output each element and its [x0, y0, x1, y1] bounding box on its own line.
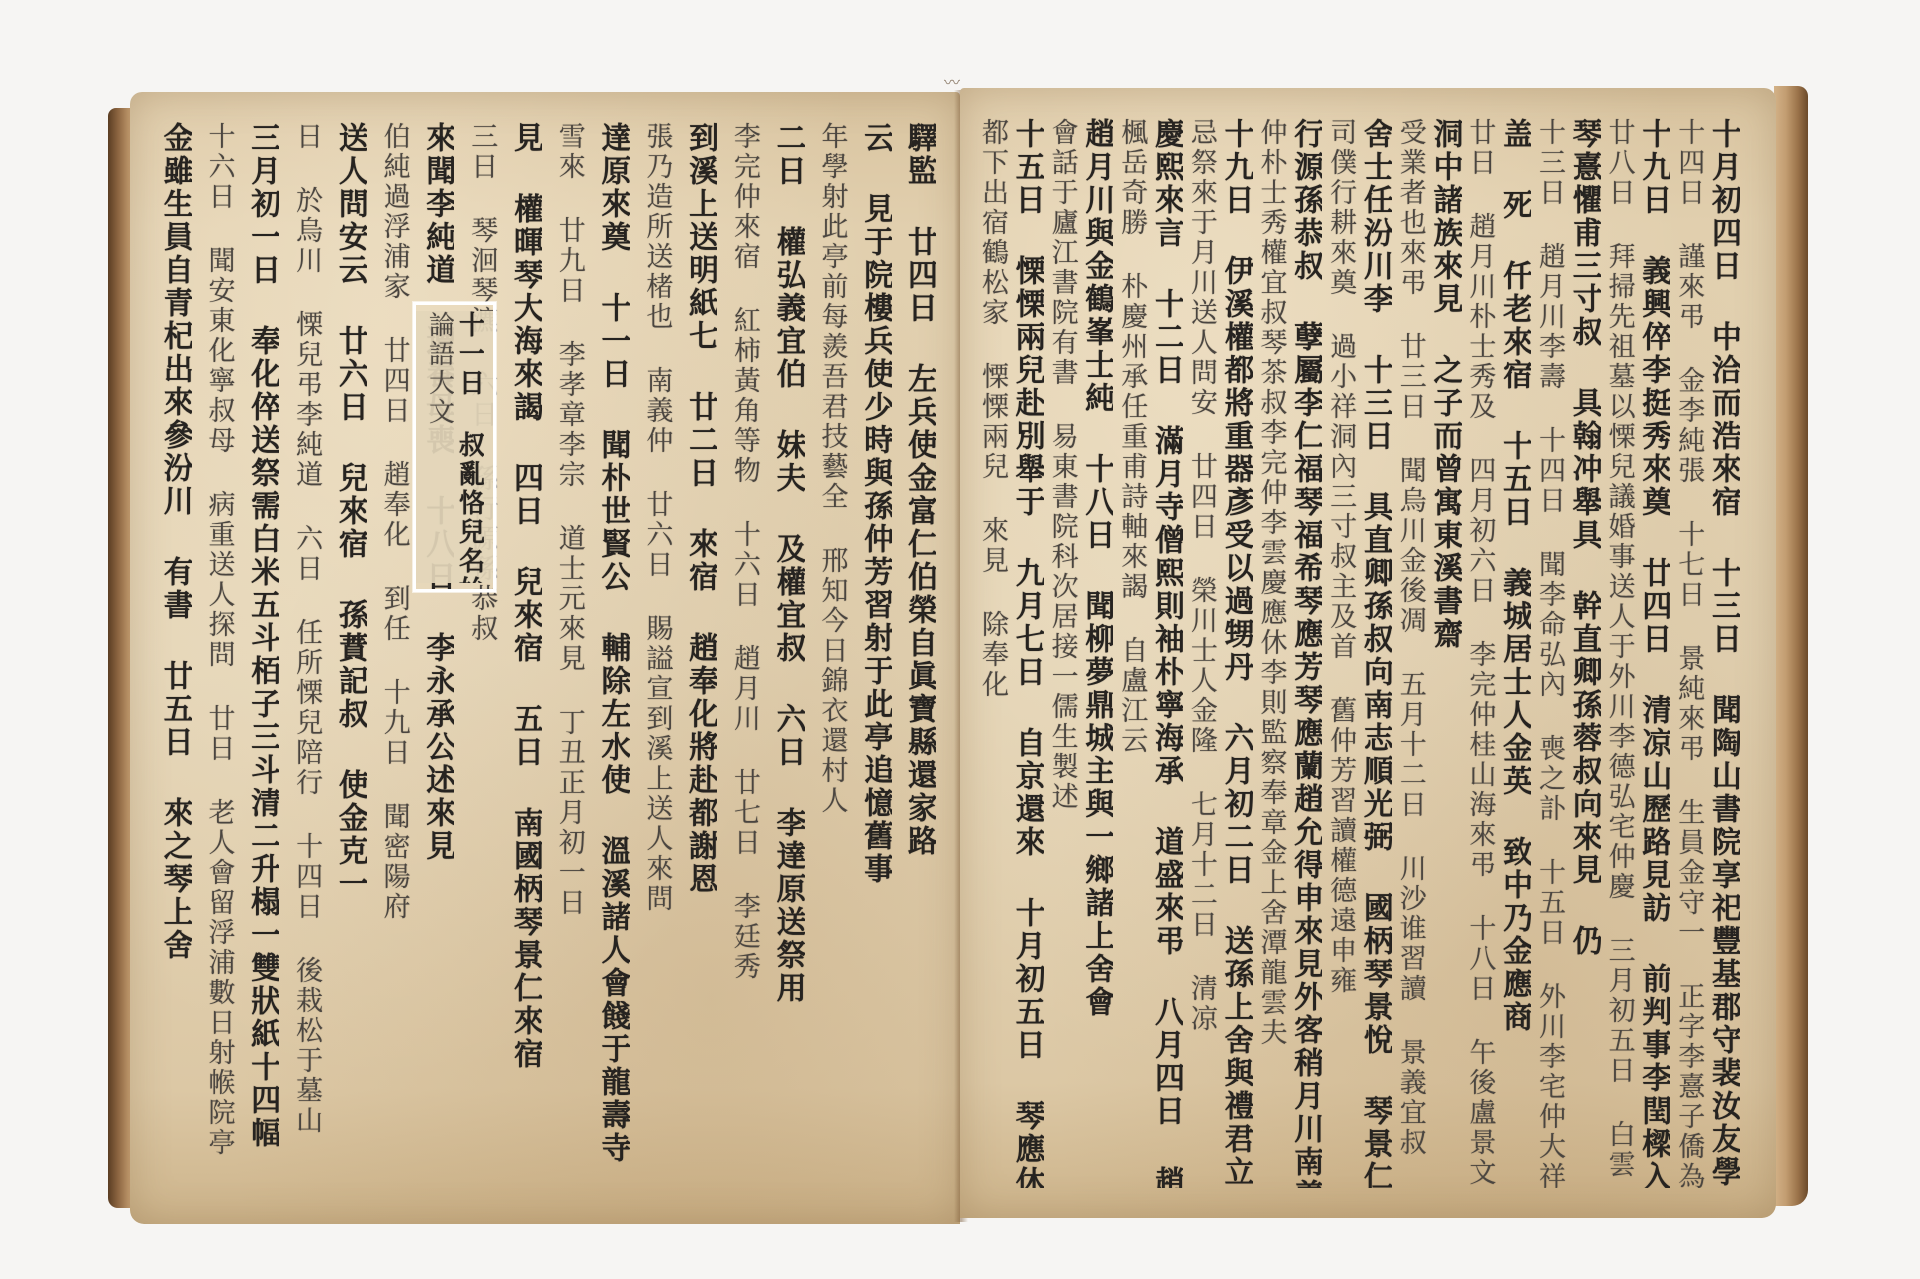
text-column: 十九日 義興倅李挺秀來奠 廿四日 清凉山歷路見訪 前判事李閏樑入	[1638, 118, 1671, 1188]
text-column: 十月初四日 中洽而浩來宿 十三日 聞陶山書院享祀豐基郡守裴汝友學諭金後一李純	[1707, 118, 1740, 1188]
text-column: 伯純過浮浦家 廿四日 趙奉化 到任 十九日 聞密陽府	[369, 122, 411, 1194]
left-page-columns: 驛監 廿四日 左兵使金富仁伯榮自眞寶縣還家路 云 見于院樓兵使少時與孫仲芳習射于…	[150, 122, 936, 1194]
right-page-columns: 十月初四日 中洽而浩來宿 十三日 聞陶山書院享祀豐基郡守裴汝友學諭金後一李純 十…	[976, 118, 1740, 1188]
text-column: 到溪上送明紙七 廿二日 來宿 趙奉化將赴都謝恩	[675, 122, 717, 1194]
text-column: 三日 琴洄琴瀌 六日 孫行源孫恭叔	[456, 122, 498, 1194]
text-column: 張乃造所送楮也 南義仲 廿六日 賜謚宣到溪上送人來問	[632, 122, 674, 1194]
text-column: 盖 死 仟老來宿 十五日 義城居士人金英 致中乃金應商	[1498, 118, 1531, 1188]
text-column: 趙月川與金鶴峯士純 十八日 聞柳夢鼎城主與一鄉諸上舍會	[1081, 118, 1114, 1188]
text-column: 十四日 謹來弔 金李純張 十七日 景純來弔 生員金守一 正字李憙子僑為獻官趙月川…	[1672, 118, 1705, 1188]
book-edge-right	[1774, 86, 1808, 1206]
text-column: 雪來 廿九日 李孝章李宗 道士元來見 丁丑正月初一日	[544, 122, 586, 1194]
text-column: 十五日 慄慄兩兒赴別舉于 九月七日 自京還來 十月初五日 琴應休 十九日 趙月川	[1011, 118, 1044, 1188]
text-column: 達原來奠 十一日 聞朴世賢公 輔除左水使 溫溪諸人會餞于龍壽寺	[588, 122, 630, 1194]
text-column: 驛監 廿四日 左兵使金富仁伯榮自眞寶縣還家路	[894, 122, 936, 1194]
left-page: 驛監 廿四日 左兵使金富仁伯榮自眞寶縣還家路 云 見于院樓兵使少時與孫仲芳習射于…	[130, 92, 960, 1224]
text-column: 廿日 趙月川朴士秀及 四月初六日 李完仲桂山海來弔 十八日 午後盧景文 宋金應稱…	[1464, 118, 1497, 1188]
text-column: 仲朴士秀權宜叔琴茶叔李完仲李雲慶應休李則監察奉章金上舍潭龍雲夫	[1255, 118, 1288, 1188]
text-column: 忌祭來于月川送人問安 廿四日 榮川士人金隆 七月十二日 清凉	[1185, 118, 1218, 1188]
text-column: 慶熙來言 十二日 滿月寺僧熙則袖朴寧海承 道盛來弔 八月四日 趙月川還	[1150, 118, 1183, 1188]
text-column: 十六日 聞安東化寧叔母 病重送人探問 廿日 老人會留浮浦數日射帿院亭	[194, 122, 236, 1194]
text-column: 二日 權弘義宜伯 妹夫 及權宜叔 六日 李達原送祭用	[763, 122, 805, 1194]
highlight-box-text: 十一日 叔亂恪兒名始讀 論語大文	[416, 311, 493, 583]
text-column: 李完仲來宿 紅柿黃角等物 十六日 趙月川 廿七日 李廷秀	[719, 122, 761, 1194]
text-column: 舍士任汾川李 十三日 具直卿孫叔向南志順光弼 國柄琴景悅 琴景仁申而浩孫	[1359, 118, 1392, 1188]
text-column: 受業者也來弔 廿三日 聞烏川金後凋 五月十二日 川沙谁習讀 景義宜叔	[1394, 118, 1427, 1188]
text-column: 十九日 伊溪權都將重器彥受以過甥丹 六月初二日 送孫上舍與禮君立 九日 山僧	[1220, 118, 1253, 1188]
right-page: 十月初四日 中洽而浩來宿 十三日 聞陶山書院享祀豐基郡守裴汝友學諭金後一李純 十…	[960, 88, 1776, 1218]
text-column: 見 權暉琴大海來謁 四日 兒來宿 五日 南國柄琴景仁來宿	[500, 122, 542, 1194]
text-column: 會話于廬江書院有書 易東書院科次居接一儒生製述	[1046, 118, 1079, 1188]
text-column: 十三日 趙月川李壽 十四日 聞李命弘內 喪之訃 十五日 外川李宅仲大祥	[1533, 118, 1566, 1188]
text-column: 廿八日 拜掃先祖墓以慄兒議婚事送人于外川李德弘宅仲慶 三月初五日 白雲	[1603, 118, 1636, 1188]
text-column: 日 於烏川 慄兒弔李純道 六日 任所慄兒陪行 十四日 後栽松于墓山	[281, 122, 323, 1194]
text-column: 送人問安云 廿六日 兒來宿 孫蕡記叔 使金克一	[325, 122, 367, 1194]
text-column: 金雖生員自青杞出來參汾川 有書 廿五日 來之琴上舍	[150, 122, 192, 1194]
text-column: 洞中諸族來見 之子而曾寓東溪書齋	[1429, 118, 1462, 1188]
text-column: 楓岳奇勝 朴慶州承任重甫詩軸來謁 自盧江云	[1115, 118, 1148, 1188]
text-column: 琴憙懼甫三寸叔 具翰冲舉具 幹直卿孫蓉叔向來見 仍	[1568, 118, 1601, 1188]
highlight-column: 論語大文	[426, 311, 454, 583]
text-column: 三月初一日 奉化倅送祭需白米五斗栢子三斗清二升榻一雙狀紙十四幅	[238, 122, 280, 1194]
text-column: 來聞李純道 遭養母喪 十八日 李永承公述來見	[413, 122, 455, 1194]
text-column: 云 見于院樓兵使少時與孫仲芳習射于此亭追憶舊事	[850, 122, 892, 1194]
open-book: 驛監 廿四日 左兵使金富仁伯榮自眞寶縣還家路 云 見于院樓兵使少時與孫仲芳習射于…	[108, 86, 1808, 1226]
text-column: 行源孫恭叔 孽屬李仁福琴福希琴應芳琴應蘭趙允得申來見外客稍月川南義	[1289, 118, 1322, 1188]
highlight-box: 十一日 叔亂恪兒名始讀 論語大文	[413, 302, 496, 592]
highlight-column: 十一日 叔亂恪兒名始讀	[456, 311, 484, 583]
text-column: 年學射此亭前每羨吾君技藝全 邢知今日錦衣還村人	[807, 122, 849, 1194]
text-column: 司僕行耕來奠 過小祥洞內三寸叔主及首 舊仲芳習讀權德遠申雍	[1324, 118, 1357, 1188]
text-column: 都下出宿鶴松家 慄慄兩兒 來見 除奉化	[976, 118, 1009, 1188]
binding-thread: 〰	[944, 70, 970, 90]
